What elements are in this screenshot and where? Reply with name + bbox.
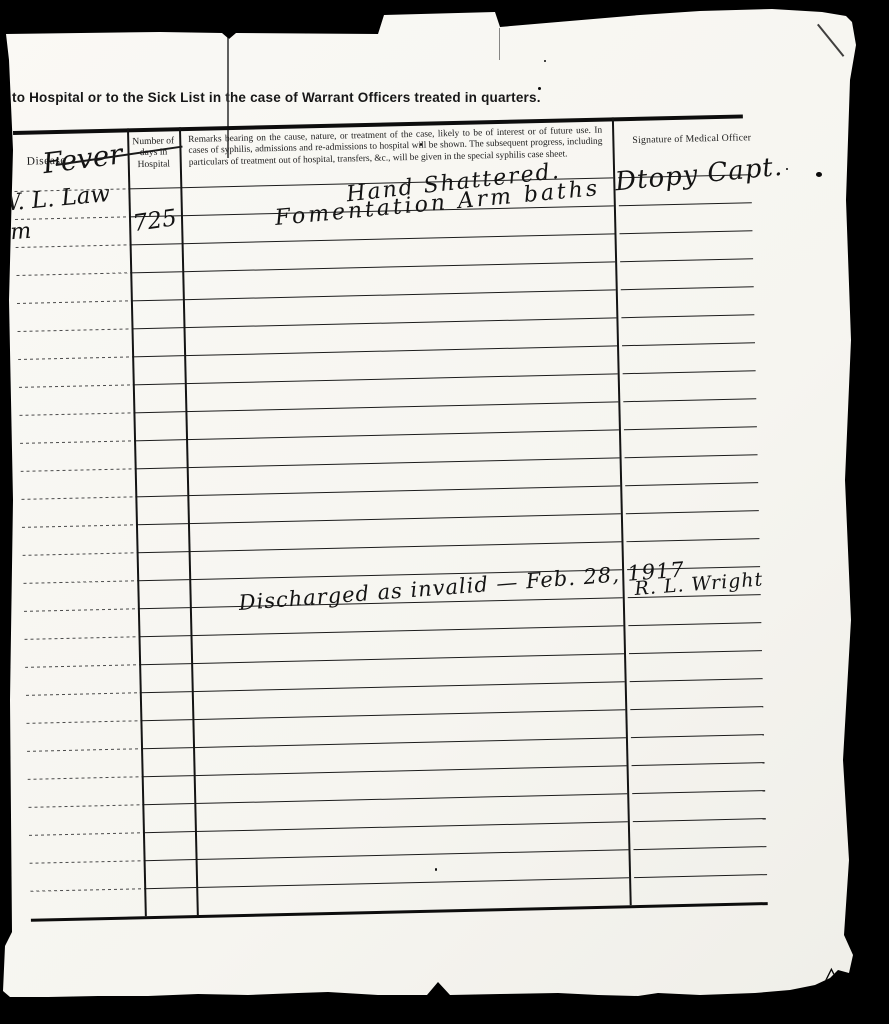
ruled-line bbox=[183, 317, 616, 328]
ruled-line bbox=[135, 495, 187, 497]
ruled-line bbox=[634, 874, 767, 878]
ruled-line bbox=[623, 398, 756, 402]
ruled-line bbox=[625, 454, 758, 458]
ruled-line bbox=[619, 230, 752, 234]
handwriting-name-row1: W. L. Law bbox=[0, 181, 111, 217]
ruled-line bbox=[194, 793, 627, 804]
ruled-line bbox=[139, 663, 191, 665]
handwriting-discharge-note: Discharged as invalid — Feb. 28, 1917 bbox=[238, 558, 686, 615]
ruled-line bbox=[17, 300, 131, 304]
ruled-line bbox=[25, 664, 139, 668]
ruled-line bbox=[625, 482, 758, 486]
ruled-line bbox=[182, 233, 615, 244]
ruled-line bbox=[21, 468, 135, 472]
ruled-line bbox=[137, 579, 189, 581]
column-header-signature: Signature of Medical Officer bbox=[632, 132, 751, 146]
ruled-line bbox=[140, 719, 192, 721]
ruled-line bbox=[629, 650, 762, 654]
ruled-line bbox=[22, 524, 136, 528]
ruled-line bbox=[26, 720, 140, 724]
ruled-line bbox=[142, 775, 194, 777]
ruled-line bbox=[20, 440, 134, 444]
record-table: Disease Number of days in Hospital Remar… bbox=[0, 0, 889, 1024]
ruled-line bbox=[30, 860, 144, 864]
ruled-line bbox=[29, 832, 143, 836]
ruled-line bbox=[194, 765, 627, 776]
ruled-line bbox=[621, 314, 754, 318]
ruled-line bbox=[631, 734, 764, 738]
ruled-line bbox=[182, 261, 615, 272]
ruled-line bbox=[626, 538, 759, 542]
ruled-line bbox=[25, 636, 139, 640]
ruled-line bbox=[620, 258, 753, 262]
scanned-medical-record: to Hospital or to the Sick List in the c… bbox=[0, 0, 889, 1024]
ruled-line bbox=[18, 356, 132, 360]
ruled-line bbox=[23, 580, 137, 584]
ruled-line bbox=[185, 373, 618, 384]
ruled-line bbox=[133, 383, 185, 385]
ruled-line bbox=[188, 513, 621, 524]
ruled-line bbox=[132, 355, 184, 357]
ruled-line bbox=[632, 790, 765, 794]
ruled-line bbox=[28, 804, 142, 808]
ruled-line bbox=[16, 244, 130, 248]
ruled-line bbox=[630, 706, 763, 710]
paper-sheet: to Hospital or to the Sick List in the c… bbox=[0, 0, 889, 1024]
ruled-line bbox=[633, 818, 766, 822]
ruled-line bbox=[192, 709, 625, 720]
ruled-line bbox=[136, 523, 188, 525]
ruled-line bbox=[134, 439, 186, 441]
ruled-line bbox=[144, 859, 196, 861]
handwriting-medical-officer-signature: Dtopy Capt. bbox=[614, 152, 784, 197]
ruled-line bbox=[141, 747, 193, 749]
handwriting-days-in-hospital: 725 bbox=[131, 205, 178, 237]
ruled-line bbox=[23, 552, 137, 556]
ruled-line bbox=[192, 681, 625, 692]
ruled-line bbox=[31, 902, 768, 921]
ruled-line bbox=[187, 485, 620, 496]
ruled-line bbox=[133, 411, 185, 413]
ruled-line bbox=[628, 622, 761, 626]
ruled-line bbox=[142, 803, 194, 805]
ruled-line bbox=[196, 849, 629, 860]
column-divider bbox=[612, 117, 632, 905]
ruled-line bbox=[186, 429, 619, 440]
ruled-line bbox=[193, 737, 626, 748]
ruled-line bbox=[21, 496, 135, 500]
ruled-line bbox=[189, 541, 622, 552]
ruled-line bbox=[630, 678, 763, 682]
ruled-line bbox=[28, 776, 142, 780]
ruled-line bbox=[138, 635, 190, 637]
ruled-line bbox=[24, 608, 138, 612]
ruled-line bbox=[144, 887, 196, 889]
ruled-line bbox=[26, 692, 140, 696]
ruled-line bbox=[626, 510, 759, 514]
ruled-line bbox=[187, 457, 620, 468]
ruled-line bbox=[191, 653, 624, 664]
ruled-line bbox=[19, 412, 133, 416]
ruled-line bbox=[138, 607, 190, 609]
ruled-line bbox=[143, 831, 195, 833]
ruled-line bbox=[130, 271, 182, 273]
ruled-line bbox=[621, 286, 754, 290]
ruled-line bbox=[190, 625, 623, 636]
ruled-line bbox=[131, 299, 183, 301]
ruled-line bbox=[623, 370, 756, 374]
ruled-line bbox=[16, 272, 130, 276]
handwriting-name-row2-partial: Em bbox=[0, 219, 32, 247]
column-divider bbox=[127, 128, 147, 916]
ruled-line bbox=[184, 345, 617, 356]
ruled-line bbox=[130, 243, 182, 245]
ruled-line bbox=[185, 401, 618, 412]
ruled-line bbox=[196, 877, 629, 888]
ruled-line bbox=[19, 384, 133, 388]
ruled-line bbox=[30, 888, 144, 892]
column-divider bbox=[179, 127, 199, 915]
ruled-line bbox=[622, 342, 755, 346]
ruled-line bbox=[183, 289, 616, 300]
ruled-line bbox=[27, 748, 141, 752]
ruled-line bbox=[619, 202, 752, 206]
ruled-line bbox=[195, 821, 628, 832]
ruled-line bbox=[132, 327, 184, 329]
ruled-line bbox=[633, 846, 766, 850]
ruled-line bbox=[624, 426, 757, 430]
ruled-line bbox=[140, 691, 192, 693]
ruled-line bbox=[128, 187, 180, 189]
ruled-line bbox=[137, 551, 189, 553]
ruled-line bbox=[18, 328, 132, 332]
ruled-line bbox=[15, 216, 129, 220]
handwriting-disease-note: Fever bbox=[41, 137, 125, 180]
ruled-line bbox=[632, 762, 765, 766]
ruled-line bbox=[135, 467, 187, 469]
